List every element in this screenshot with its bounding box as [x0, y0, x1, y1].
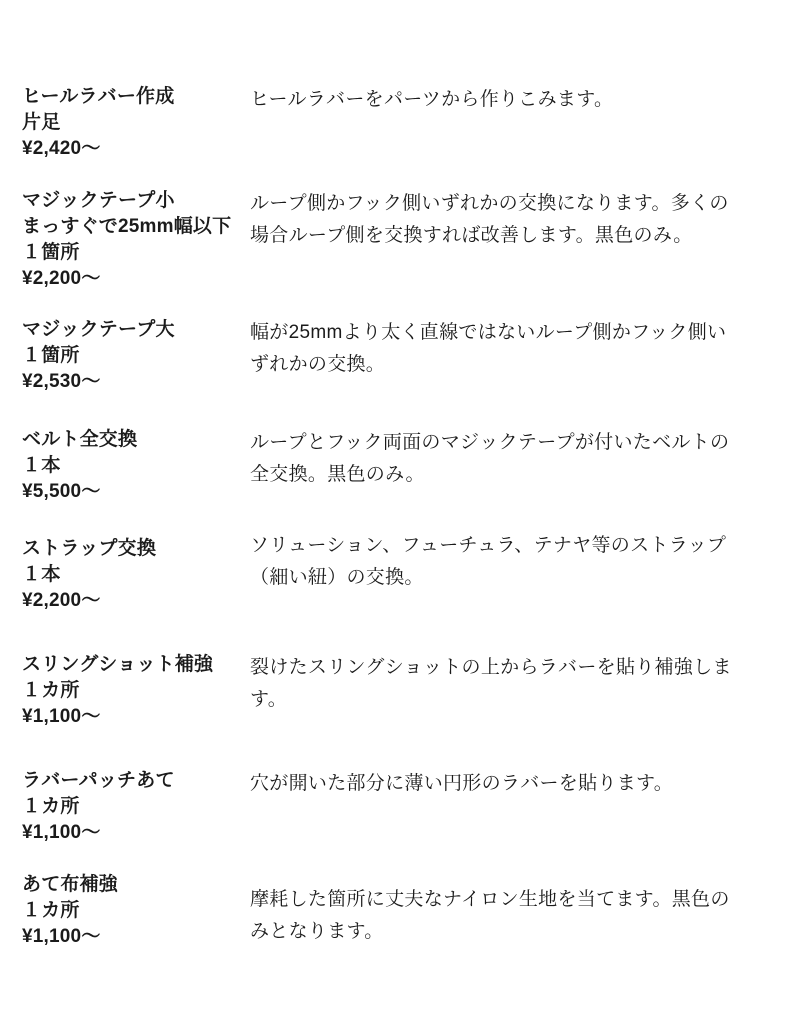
item-price: ¥1,100〜: [22, 924, 250, 950]
price-list: ヒールラバー作成 片足 ¥2,420〜 ヒールラバーをパーツから作りこみます。 …: [22, 84, 766, 950]
item-price: ¥2,200〜: [22, 588, 250, 614]
price-list-row: ベルト全交換 １本 ¥5,500〜 ループとフック両面のマジックテープが付いたベ…: [22, 427, 766, 505]
price-list-page: ヒールラバー作成 片足 ¥2,420〜 ヒールラバーをパーツから作りこみます。 …: [0, 0, 791, 1024]
item-title: あて布補強: [22, 872, 250, 898]
item-unit: １カ所: [22, 898, 250, 924]
item-subtitle: まっすぐで25mm幅以下: [22, 214, 250, 240]
item-price: ¥5,500〜: [22, 479, 250, 505]
item-description: ループとフック両面のマジックテープが付いたベルトの全交換。黒色のみ。: [250, 427, 736, 491]
item-title: マジックテープ大: [22, 317, 250, 343]
item-title: ベルト全交換: [22, 427, 250, 453]
item-unit: １本: [22, 562, 250, 588]
price-list-row: マジックテープ大 １箇所 ¥2,530〜 幅が25mmより太く直線ではないループ…: [22, 317, 766, 395]
item-description: 幅が25mmより太く直線ではないループ側かフック側いずれかの交換。: [250, 317, 736, 381]
item-price: ¥2,530〜: [22, 369, 250, 395]
item-title: ストラップ交換: [22, 536, 250, 562]
item-info: ストラップ交換 １本 ¥2,200〜: [22, 536, 250, 614]
item-description: 裂けたスリングショットの上からラバーを貼り補強します。: [250, 652, 736, 716]
item-unit: １箇所: [22, 240, 250, 266]
item-info: マジックテープ小 まっすぐで25mm幅以下 １箇所 ¥2,200〜: [22, 188, 250, 292]
item-unit: １箇所: [22, 343, 250, 369]
item-description: 摩耗した箇所に丈夫なナイロン生地を当てます。黒色のみとなります。: [250, 884, 736, 948]
item-unit: 片足: [22, 110, 250, 136]
item-description: ループ側かフック側いずれかの交換になります。多くの場合ループ側を交換すれば改善し…: [250, 188, 736, 252]
item-info: スリングショット補強 １カ所 ¥1,100〜: [22, 652, 250, 730]
item-info: あて布補強 １カ所 ¥1,100〜: [22, 872, 250, 950]
item-title: マジックテープ小: [22, 188, 250, 214]
item-unit: １本: [22, 453, 250, 479]
item-unit: １カ所: [22, 794, 250, 820]
item-title: ヒールラバー作成: [22, 84, 250, 110]
item-description: ヒールラバーをパーツから作りこみます。: [250, 84, 736, 116]
item-unit: １カ所: [22, 678, 250, 704]
price-list-row: ストラップ交換 １本 ¥2,200〜 ソリューション、フューチュラ、テナヤ等のス…: [22, 536, 766, 614]
price-list-row: ヒールラバー作成 片足 ¥2,420〜 ヒールラバーをパーツから作りこみます。: [22, 84, 766, 162]
item-info: ヒールラバー作成 片足 ¥2,420〜: [22, 84, 250, 162]
item-price: ¥1,100〜: [22, 704, 250, 730]
item-price: ¥2,200〜: [22, 266, 250, 292]
item-description: 穴が開いた部分に薄い円形のラバーを貼ります。: [250, 768, 736, 800]
item-price: ¥1,100〜: [22, 820, 250, 846]
item-info: ベルト全交換 １本 ¥5,500〜: [22, 427, 250, 505]
item-description: ソリューション、フューチュラ、テナヤ等のストラップ（細い紐）の交換。: [250, 530, 736, 594]
item-info: マジックテープ大 １箇所 ¥2,530〜: [22, 317, 250, 395]
item-info: ラバーパッチあて １カ所 ¥1,100〜: [22, 768, 250, 846]
price-list-row: マジックテープ小 まっすぐで25mm幅以下 １箇所 ¥2,200〜 ループ側かフ…: [22, 188, 766, 292]
price-list-row: スリングショット補強 １カ所 ¥1,100〜 裂けたスリングショットの上からラバ…: [22, 652, 766, 730]
item-title: ラバーパッチあて: [22, 768, 250, 794]
price-list-row: あて布補強 １カ所 ¥1,100〜 摩耗した箇所に丈夫なナイロン生地を当てます。…: [22, 872, 766, 950]
price-list-row: ラバーパッチあて １カ所 ¥1,100〜 穴が開いた部分に薄い円形のラバーを貼り…: [22, 768, 766, 846]
item-price: ¥2,420〜: [22, 136, 250, 162]
item-title: スリングショット補強: [22, 652, 250, 678]
